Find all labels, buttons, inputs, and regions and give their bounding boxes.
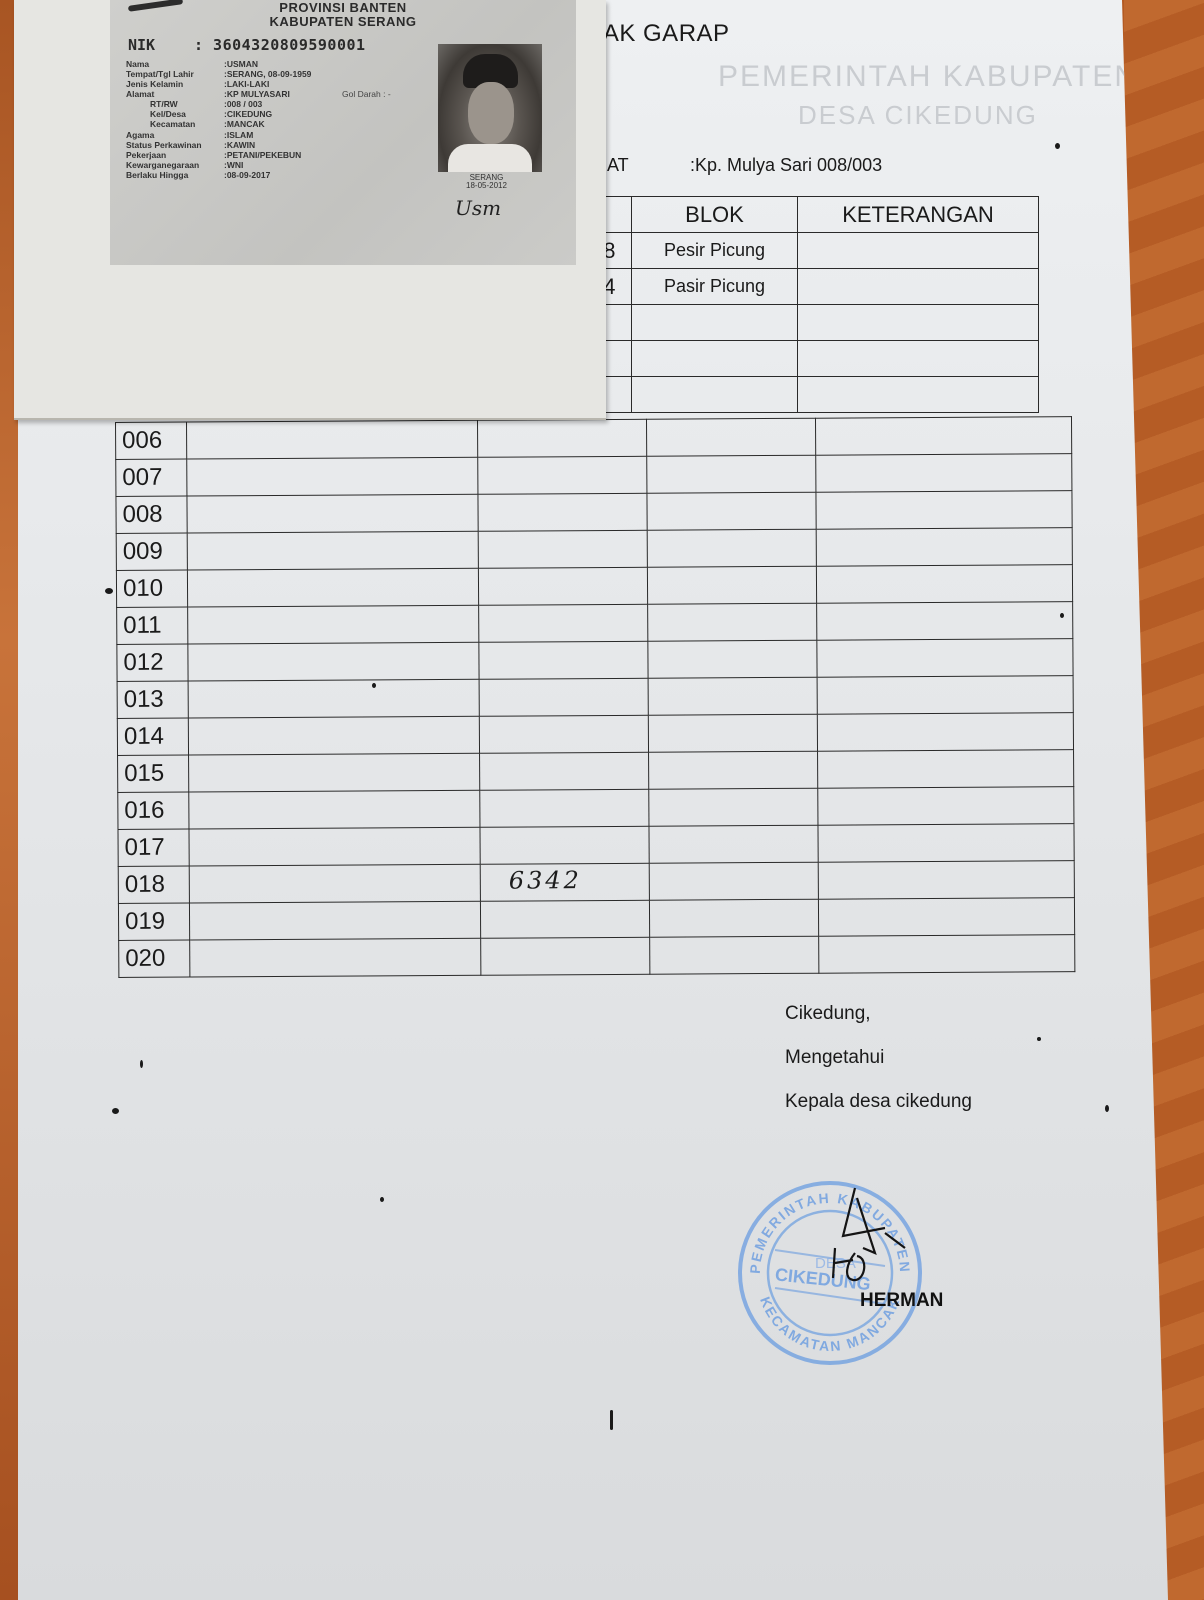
ktp-field-kewarganegaraan: Kewarganegaraan:WNI: [126, 161, 243, 170]
ktp-photo: [438, 44, 542, 172]
land-table-main: 006 007 008 009 010 011 012 013 014 015 …: [115, 416, 1075, 978]
land-table-top: BLOK KETERANGAN 58 Pesir Picung 84 Pasir…: [590, 196, 1039, 413]
row-number: 017: [118, 829, 189, 866]
ink-speck: [112, 1108, 119, 1114]
cell-keterangan: [798, 377, 1039, 413]
table-row: [591, 341, 1039, 377]
table-row: 019: [118, 898, 1074, 941]
row-number: 014: [117, 718, 188, 755]
table-row: 014: [117, 713, 1073, 756]
alamat-value: :Kp. Mulya Sari 008/003: [690, 155, 882, 176]
row-number: 007: [116, 459, 187, 496]
ktp-nik-label: NIK: [128, 36, 155, 54]
signer-name: HERMAN: [860, 1290, 943, 1312]
table-row: 009: [116, 528, 1072, 571]
header-blok: BLOK: [632, 197, 798, 233]
cell-keterangan: [798, 269, 1039, 305]
ktp-field-kecamatan: Kecamatan:MANCAK: [126, 120, 265, 129]
table-row: 0186342: [118, 861, 1074, 904]
table-header-row: BLOK KETERANGAN: [591, 197, 1039, 233]
row-number: 010: [116, 570, 187, 607]
ktp-photocopy-sheet: PROVINSI BANTEN KABUPATEN SERANG NIK : 3…: [14, 0, 606, 420]
row-number: 011: [117, 607, 188, 644]
bleedthrough-text-1: PEMERINTAH KABUPATEN: [718, 60, 1138, 94]
table-row: 020: [119, 935, 1075, 978]
ktp-field-jenis-kelamin: Jenis Kelamin:LAKI-LAKI: [126, 80, 269, 89]
row-number: 016: [118, 792, 189, 829]
cell-blok: [632, 341, 798, 377]
cell-blok: [632, 377, 798, 413]
ink-speck: [1037, 1037, 1041, 1041]
document-title: HAK GARAP: [585, 20, 730, 48]
table-row: 84 Pasir Picung: [591, 269, 1039, 305]
village-stamp: PEMERINTAH KABUPATEN KECAMATAN MANCAK DE…: [735, 1178, 925, 1368]
ktp-field-keldesa: Kel/Desa:CIKEDUNG: [126, 110, 272, 119]
footer-jabatan: Kepala desa cikedung: [785, 1091, 972, 1113]
ink-speck: [1055, 143, 1060, 149]
ktp-field-rtrw: RT/RW:008 / 003: [126, 100, 262, 109]
ink-speck: [1105, 1105, 1109, 1112]
photo-face: [468, 82, 514, 144]
ktp-issue-date: 18-05-2012: [466, 182, 507, 190]
cell-keterangan: [798, 305, 1039, 341]
ink-speck: [140, 1060, 143, 1068]
header-keterangan: KETERANGAN: [798, 197, 1039, 233]
handwritten-number: 6342: [509, 866, 582, 894]
cell-blok: [632, 305, 798, 341]
table-row: 016: [118, 787, 1074, 830]
cell-keterangan: [798, 233, 1039, 269]
table-row: 006: [116, 417, 1072, 460]
cell-blok: Pesir Picung: [632, 233, 798, 269]
ktp-signature: Usm: [455, 196, 501, 220]
ink-speck: [105, 588, 113, 594]
row-number: 019: [118, 903, 189, 940]
row-number: 015: [118, 755, 189, 792]
table-row: 015: [118, 750, 1074, 793]
bleedthrough-text-3: DESA CIKEDUNG: [798, 100, 1038, 131]
ktp-issue-info: SERANG 18-05-2012: [466, 174, 507, 190]
table-row: 017: [118, 824, 1074, 867]
cell-keterangan: [798, 341, 1039, 377]
row-number: 009: [116, 533, 187, 570]
ktp-provinsi: PROVINSI BANTEN: [110, 0, 576, 15]
ktp-field-pekerjaan: Pekerjaan:PETANI/PEKEBUN: [126, 151, 301, 160]
ink-speck: [610, 1410, 613, 1430]
table-row: 58 Pesir Picung: [591, 233, 1039, 269]
table-row: [591, 305, 1039, 341]
footer-place: Cikedung,: [785, 1003, 871, 1025]
ktp-field-status: Status Perkawinan:KAWIN: [126, 141, 255, 150]
ktp-field-nama: Nama:USMAN: [126, 60, 258, 69]
table-row: 011: [117, 602, 1073, 645]
row-number: 012: [117, 644, 188, 681]
table-row: 007: [116, 454, 1072, 497]
ktp-gol-darah: Gol Darah : -: [342, 89, 391, 99]
photo-shirt: [448, 144, 532, 172]
ink-speck: [1060, 613, 1064, 618]
row-number: 008: [116, 496, 187, 533]
ktp-field-agama: Agama:ISLAM: [126, 131, 253, 140]
ktp-field-ttl: Tempat/Tgl Lahir:SERANG, 08-09-1959: [126, 70, 311, 79]
table-row: 010: [116, 565, 1072, 608]
ktp-field-berlaku: Berlaku Hingga:08-09-2017: [126, 171, 270, 180]
ink-speck: [372, 683, 376, 688]
footer-mengetahui: Mengetahui: [785, 1047, 884, 1069]
stamp-icon: PEMERINTAH KABUPATEN KECAMATAN MANCAK DE…: [735, 1178, 925, 1368]
ktp-field-alamat: Alamat:KP MULYASARI: [126, 90, 290, 99]
ktp-nik-value: : 3604320809590001: [194, 36, 366, 54]
ink-speck: [380, 1197, 384, 1202]
table-row: [591, 377, 1039, 413]
ktp-card: PROVINSI BANTEN KABUPATEN SERANG NIK : 3…: [110, 0, 576, 265]
table-row: 012: [117, 639, 1073, 682]
cell-blok: Pasir Picung: [632, 269, 798, 305]
row-number: 013: [117, 681, 188, 718]
row-number: 006: [116, 422, 187, 459]
table-row: 013: [117, 676, 1073, 719]
row-number: 018: [118, 866, 189, 903]
row-number: 020: [119, 940, 190, 977]
ktp-kabupaten: KABUPATEN SERANG: [110, 14, 576, 29]
table-row: 008: [116, 491, 1072, 534]
